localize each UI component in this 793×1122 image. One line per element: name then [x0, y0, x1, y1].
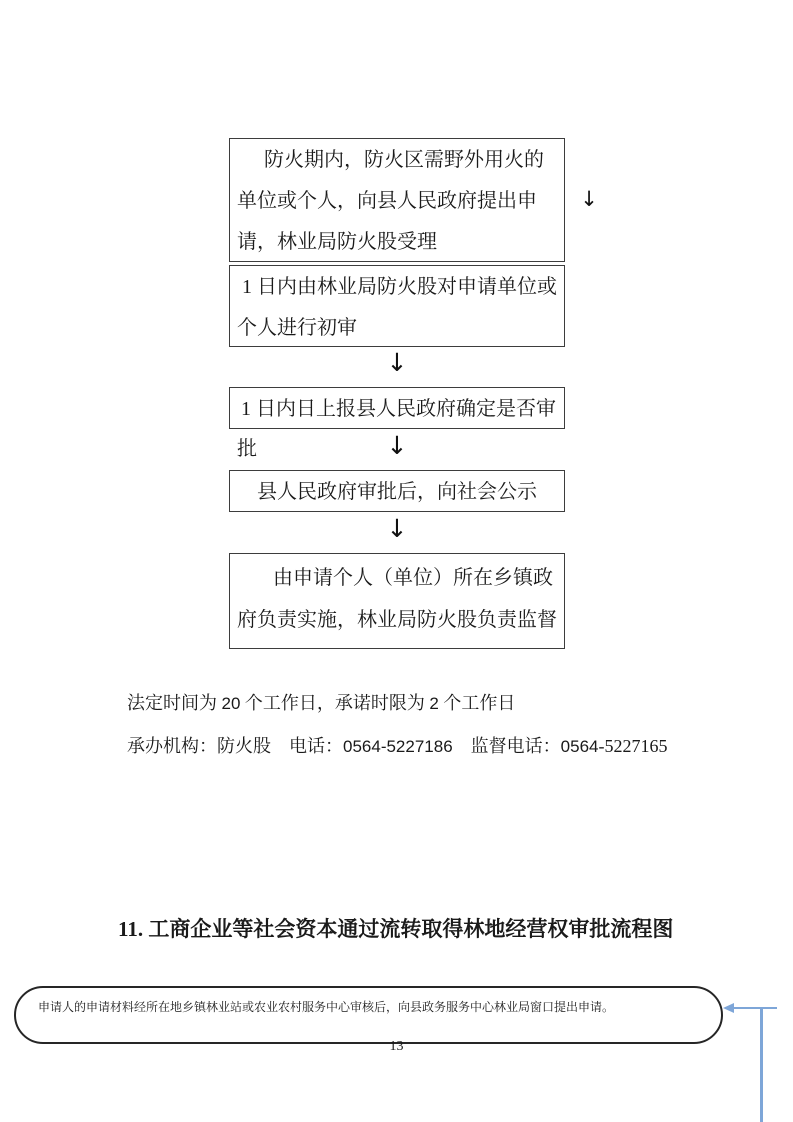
phone-label: 电话： [289, 736, 343, 756]
supervision-phone-suffix: -5227165 [599, 736, 668, 756]
legal-days-value: 20 [222, 694, 241, 713]
supervision-phone-prefix: 0564 [561, 737, 599, 756]
legal-time-segment: 个工作日 [439, 693, 516, 713]
flow-box-report-government: 1 日内日上报县人民政府确定是否审批 [229, 387, 565, 429]
down-arrow-icon: ↓ [229, 431, 565, 461]
down-arrow-icon: ↓ [229, 514, 565, 544]
legal-time-text: 法定时间为 20 个工作日，承诺时限为 2 个工作日 [127, 691, 515, 716]
page-number: 13 [0, 1039, 793, 1055]
flow-box-public-notice: 县人民政府审批后，向社会公示 [229, 470, 565, 512]
side-down-arrow-icon: ↓ [574, 186, 604, 212]
document-page: 防火期内，防火区需野外用火的单位或个人，向县人民政府提出申请，林业局防火股受理 … [0, 0, 793, 1122]
agency-contact-text: 承办机构：防火股电话：0564-5227186监督电话：0564-5227165 [127, 734, 668, 759]
connector-horizontal-line [734, 1007, 777, 1009]
legal-time-segment: 法定时间为 [127, 693, 222, 713]
supervision-phone-label: 监督电话： [471, 736, 561, 756]
start-oval-text: 申请人的申请材料经所在地乡镇林业站或农业农村服务中心审核后，向县政务服务中心林业… [16, 988, 721, 1015]
phone-number: 0564-5227186 [343, 737, 453, 756]
connector-vertical-line [760, 1008, 763, 1122]
start-oval-shape: 申请人的申请材料经所在地乡镇林业站或农业农村服务中心审核后，向县政务服务中心林业… [14, 986, 723, 1044]
legal-time-segment: 个工作日，承诺时限为 [240, 693, 429, 713]
section-heading: 11. 工商企业等社会资本通过流转取得林地经营权审批流程图 [118, 913, 673, 943]
flow-box-initial-review: 1 日内由林业局防火股对申请单位或个人进行初审 [229, 265, 565, 347]
connector-arrowhead-icon [723, 1003, 734, 1013]
promised-days-value: 2 [429, 694, 438, 713]
down-arrow-icon: ↓ [229, 348, 565, 378]
flow-box-application: 防火期内，防火区需野外用火的单位或个人，向县人民政府提出申请，林业局防火股受理 [229, 138, 565, 262]
flow-box-implementation: 由申请个人（单位）所在乡镇政府负责实施，林业局防火股负责监督 [229, 553, 565, 649]
agency-name: 承办机构：防火股 [127, 736, 271, 756]
